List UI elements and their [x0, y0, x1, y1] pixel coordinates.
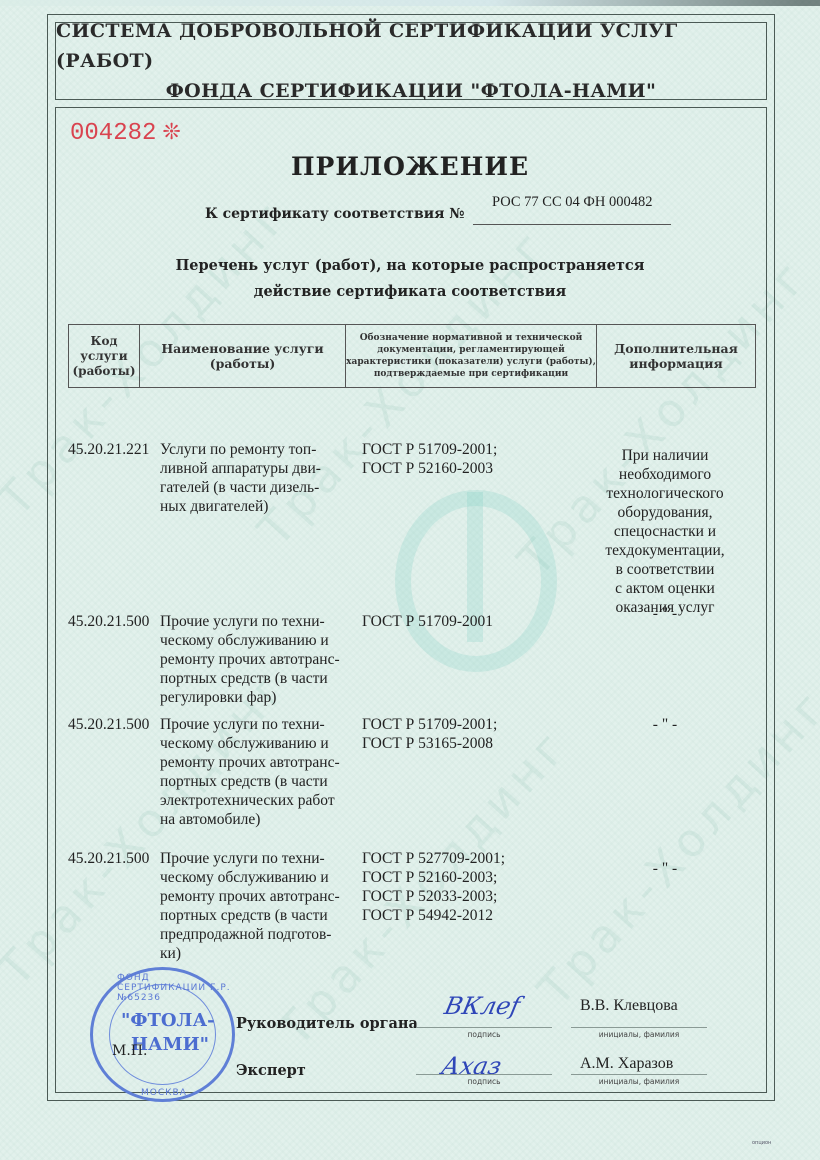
asterisk-icon: ❊ — [162, 121, 180, 146]
certificate-label: К сертификату соответствия № — [205, 206, 465, 222]
list-heading-line-1: Перечень услуг (работ), на которые распр… — [0, 253, 820, 279]
expert-name-caption: инициалы, фамилия — [571, 1077, 707, 1086]
head-label: Руководитель органа — [236, 1015, 418, 1032]
expert-signature-caption: подпись — [416, 1077, 552, 1086]
cell-info: - " - — [572, 715, 758, 849]
cell-info: - " - — [572, 604, 758, 715]
column-header-code: Код услуги (работы) — [69, 325, 140, 387]
certificate-number: РОС 77 СС 04 ФН 000482 — [492, 194, 652, 211]
document-page: Трак-Холдинг Трак-Холдинг Трак-Холдинг Т… — [0, 0, 820, 1160]
cell-code: 45.20.21.500 — [68, 612, 160, 715]
seal-center-line-1: "ФТОЛА- — [121, 1010, 215, 1031]
table-header: Код услуги (работы) Наименование услуги … — [68, 324, 756, 388]
seal-stamp: ФОНД СЕРТИФИКАЦИИ Г.Р.№65236 "ФТОЛА- НАМ… — [90, 967, 235, 1102]
table-row: 45.20.21.500 Прочие услуги по техни- чес… — [68, 715, 758, 849]
cell-documents: ГОСТ Р 51709-2001; ГОСТ Р 53165-2008 — [362, 715, 572, 849]
column-header-name: Наименование услуги (работы) — [140, 325, 346, 387]
head-signature-caption: подпись — [416, 1030, 552, 1039]
printer-mark: опцион — [752, 1140, 771, 1146]
cell-documents: ГОСТ Р 51709-2001; ГОСТ Р 52160-2003 — [362, 440, 572, 612]
cell-code: 45.20.21.500 — [68, 715, 160, 849]
cell-code: 45.20.21.500 — [68, 849, 160, 969]
list-heading-line-2: действие сертификата соответствия — [0, 279, 820, 305]
seal-ring-bottom-text: МОСКВА — [141, 1088, 187, 1098]
serial-number: 004282❊ — [70, 120, 181, 147]
certificate-reference: К сертификату соответствия № РОС 77 СС 0… — [205, 200, 685, 230]
cell-name: Услуги по ремонту топ- ливной аппаратуры… — [160, 440, 362, 612]
head-name-line — [571, 1027, 707, 1028]
column-header-info: Дополнительная информация — [597, 325, 755, 387]
cell-documents: ГОСТ Р 527709-2001; ГОСТ Р 52160-2003; Г… — [362, 849, 572, 969]
expert-label: Эксперт — [236, 1062, 306, 1079]
expert-signature: Ахаз — [439, 1052, 504, 1080]
cell-info: При наличии необходимого технологическог… — [572, 440, 758, 612]
expert-signature-line — [416, 1074, 552, 1075]
certificate-underline — [473, 224, 671, 225]
table-row: 45.20.21.500 Прочие услуги по техни- чес… — [68, 849, 758, 969]
cell-code: 45.20.21.221 — [68, 440, 160, 612]
header-line-1: СИСТЕМА ДОБРОВОЛЬНОЙ СЕРТИФИКАЦИИ УСЛУГ … — [56, 16, 766, 76]
page-title: ПРИЛОЖЕНИЕ — [0, 152, 820, 181]
table-body: 45.20.21.221 Услуги по ремонту топ- ливн… — [68, 440, 758, 969]
expert-name-line — [571, 1074, 707, 1075]
cell-name: Прочие услуги по техни- ческому обслужив… — [160, 849, 362, 969]
table-row: 45.20.21.221 Услуги по ремонту топ- ливн… — [68, 440, 758, 612]
list-heading: Перечень услуг (работ), на которые распр… — [0, 253, 820, 305]
head-signature: ВКлеf — [442, 992, 523, 1020]
seal-ring-top-text: ФОНД СЕРТИФИКАЦИИ Г.Р.№65236 — [117, 973, 232, 1003]
scan-edge — [0, 0, 820, 6]
column-header-documents: Обозначение нормативной и технической до… — [346, 325, 597, 387]
head-name: В.В. Клевцова — [580, 997, 678, 1015]
cell-info: - " - — [572, 849, 758, 969]
cell-documents: ГОСТ Р 51709-2001 — [362, 612, 572, 715]
seal-place-label: М.П. — [112, 1043, 147, 1059]
cell-name: Прочие услуги по техни- ческому обслужив… — [160, 612, 362, 715]
head-signature-line — [416, 1027, 552, 1028]
table-row: 45.20.21.500 Прочие услуги по техни- чес… — [68, 612, 758, 715]
expert-name: А.М. Харазов — [580, 1055, 673, 1073]
serial-number-value: 004282 — [70, 120, 156, 147]
header-line-2: ФОНДА СЕРТИФИКАЦИИ "ФТОЛА-НАМИ" — [166, 76, 657, 106]
cell-name: Прочие услуги по техни- ческому обслужив… — [160, 715, 362, 849]
head-name-caption: инициалы, фамилия — [571, 1030, 707, 1039]
header-box: СИСТЕМА ДОБРОВОЛЬНОЙ СЕРТИФИКАЦИИ УСЛУГ … — [55, 22, 767, 100]
